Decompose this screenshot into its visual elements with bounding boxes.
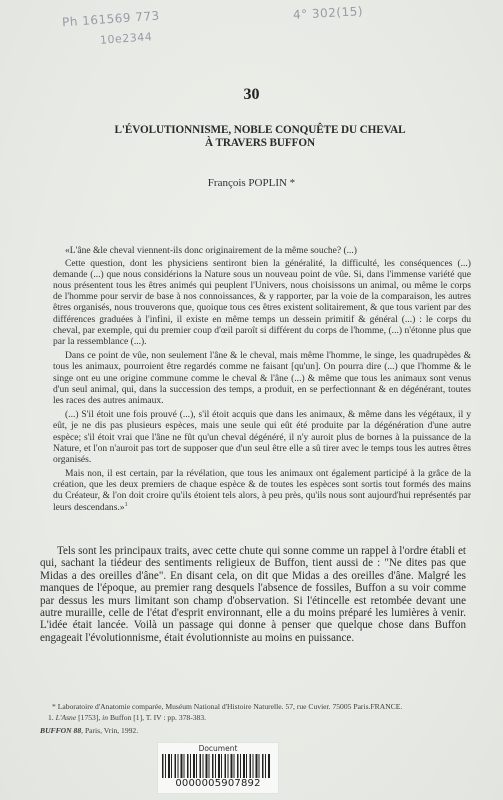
scanned-page: Ph 161569 773 10e2344 4° 302(15) 30 L'ÉV…	[0, 0, 503, 800]
barcode-number: 0000005907892	[158, 778, 278, 789]
barcode-label: Document	[158, 744, 278, 753]
chapter-title: L'ÉVOLUTIONNISME, NOBLE CONQUÊTE DU CHEV…	[60, 124, 460, 150]
footnote-date: [1753],	[76, 713, 102, 722]
footnote-reference: 1	[125, 501, 128, 507]
footnote-reference-text: Buffon [1], T. IV : pp. 378-383.	[108, 713, 206, 722]
buffon-quotation: «L'âne &le cheval viennent-ils donc orig…	[53, 245, 471, 516]
quote-paragraph: Cette question, dont les physiciens sent…	[53, 258, 471, 347]
barcode-sticker: Document 0000005907892	[157, 742, 279, 794]
handwritten-number: 10e2344	[100, 30, 153, 47]
affiliation-note: * Laboratoire d'Anatomie comparée, Muséu…	[40, 702, 466, 712]
quote-paragraph: «L'âne &le cheval viennent-ils donc orig…	[53, 245, 471, 256]
publication-details: , Paris, Vrin, 1992.	[81, 726, 138, 735]
barcode-icon	[162, 754, 270, 778]
body-text: Tels sont les principaux traits, avec ce…	[40, 545, 466, 644]
footnote-work-title: L'Asne	[56, 713, 77, 722]
quote-paragraph-text: Mais non, il est certain, par la révélat…	[53, 468, 471, 512]
publication-source: BUFFON 88, Paris, Vrin, 1992.	[40, 726, 466, 736]
footnotes: * Laboratoire d'Anatomie comparée, Muséu…	[40, 702, 466, 736]
quote-paragraph: (...) S'il étoit une fois prouvé (...), …	[53, 409, 471, 464]
footnote-1: 1. L'Asne [1753], in Buffon [1], T. IV :…	[40, 713, 466, 723]
quote-paragraph: Dans ce point de vûe, non seulement l'ân…	[53, 350, 471, 405]
handwritten-call-number: 4° 302(15)	[293, 4, 364, 22]
handwritten-shelfmark: Ph 161569 773	[62, 9, 160, 30]
chapter-number: 30	[0, 86, 503, 104]
title-line-1: L'ÉVOLUTIONNISME, NOBLE CONQUÊTE DU CHEV…	[60, 124, 460, 137]
author-name: François POPLIN *	[0, 177, 503, 189]
body-paragraph: Tels sont les principaux traits, avec ce…	[40, 545, 466, 644]
quote-paragraph: Mais non, il est certain, par la révélat…	[53, 468, 471, 512]
title-line-2: À TRAVERS BUFFON	[60, 137, 460, 150]
publication-title: BUFFON 88	[40, 726, 81, 735]
footnote-number: 1.	[48, 713, 54, 722]
